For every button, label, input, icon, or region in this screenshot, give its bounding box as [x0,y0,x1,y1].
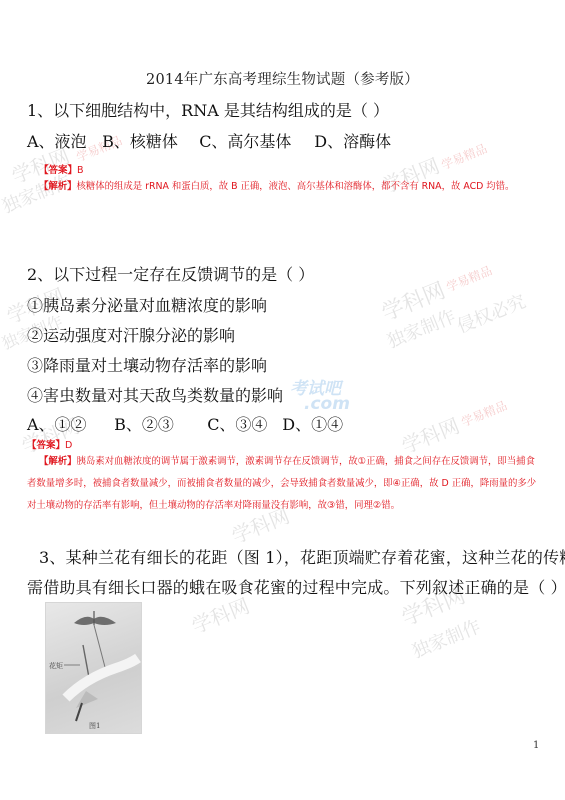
explanation-label: 【解析】 [39,456,77,467]
watermark-exclusive: 独家制作 [383,302,459,353]
question-2-answer: 【答案】D [27,437,72,451]
question-2-options: A、①② B、②③ C、③④ D、①④ [27,412,343,435]
document-page: 学科网 学易精品 独家制作 学科网 学易精品 学科网 学易精品 独家制作 侵权必… [0,0,565,800]
option-d: D、溶酶体 [314,129,391,152]
figure-label-part: 花矩 [49,661,63,671]
figure-1-orchid-moth: 花矩 图1 [45,602,142,734]
option-d: D、①④ [282,412,343,435]
option-a: A、①② [27,412,109,435]
page-title: 2014年广东高考理综生物试题（参考版） [0,68,565,89]
logo-watermark: 考试吧 .com [290,382,350,412]
explanation-text: 胰岛素对血糖浓度的调节属于激素调节，激素调节存在反馈调节，故①正确，捕食之间存在… [27,456,536,511]
option-b: B、核糖体 [102,129,194,152]
logo-watermark-en: .com [290,397,350,412]
question-1-explanation: 【解析】核糖体的组成是 rRNA 和蛋白质，故 B 正确，液泡、高尔基体和溶酶体… [27,176,542,198]
watermark-stamp: 学易精品 [444,262,495,296]
watermark-exclusive: 独家制作 [408,612,484,663]
option-c: C、高尔基体 [199,129,309,152]
question-2-stem: 2、以下过程一定存在反馈调节的是（ ） [27,262,314,285]
explanation-label: 【解析】 [39,181,77,192]
question-2-statement-3: ③降雨量对土壤动物存活率的影响 [27,353,267,376]
answer-label: 【答案】 [39,165,77,176]
watermark-rights: 侵权必究 [453,287,529,338]
option-b: B、②③ [114,412,202,435]
answer-value: D [65,440,72,451]
watermark-stamp: 学易精品 [459,397,510,431]
question-2-statement-1: ①胰岛素分泌量对血糖浓度的影响 [27,293,267,316]
answer-label: 【答案】 [27,440,65,451]
option-c: C、③④ [207,412,277,435]
watermark-stamp: 学易精品 [439,140,490,174]
figure-caption: 图1 [89,721,100,731]
option-a: A、液泡 [27,129,97,152]
question-3-stem-line-1: 3、某种兰花有细长的花距（图 1），花距顶端贮存着花蜜，这种兰花的传粉 [39,545,565,568]
watermark-site: 学科网 [377,274,450,327]
explanation-text: 核糖体的组成是 rRNA 和蛋白质，故 B 正确，液泡、高尔基体和溶酶体，都不含… [77,181,515,192]
answer-value: B [77,165,84,176]
question-2-explanation: 【解析】胰岛素对血糖浓度的调节属于激素调节，激素调节存在反馈调节，故①正确，捕食… [27,451,542,517]
page-number: 1 [533,740,539,751]
question-1-stem: 1、以下细胞结构中，RNA 是其结构组成的是（ ） [27,98,389,121]
question-2-statement-4: ④害虫数量对其天敌鸟类数量的影响 [27,383,283,406]
question-2-statement-2: ②运动强度对汗腺分泌的影响 [27,323,235,346]
question-1-answer: 【答案】B [39,162,84,176]
question-1-options: A、液泡 B、核糖体 C、高尔基体 D、溶酶体 [27,129,391,152]
question-3-stem-line-2: 需借助具有细长口器的蛾在吸食花蜜的过程中完成。下列叙述正确的是（ ） [27,575,565,598]
